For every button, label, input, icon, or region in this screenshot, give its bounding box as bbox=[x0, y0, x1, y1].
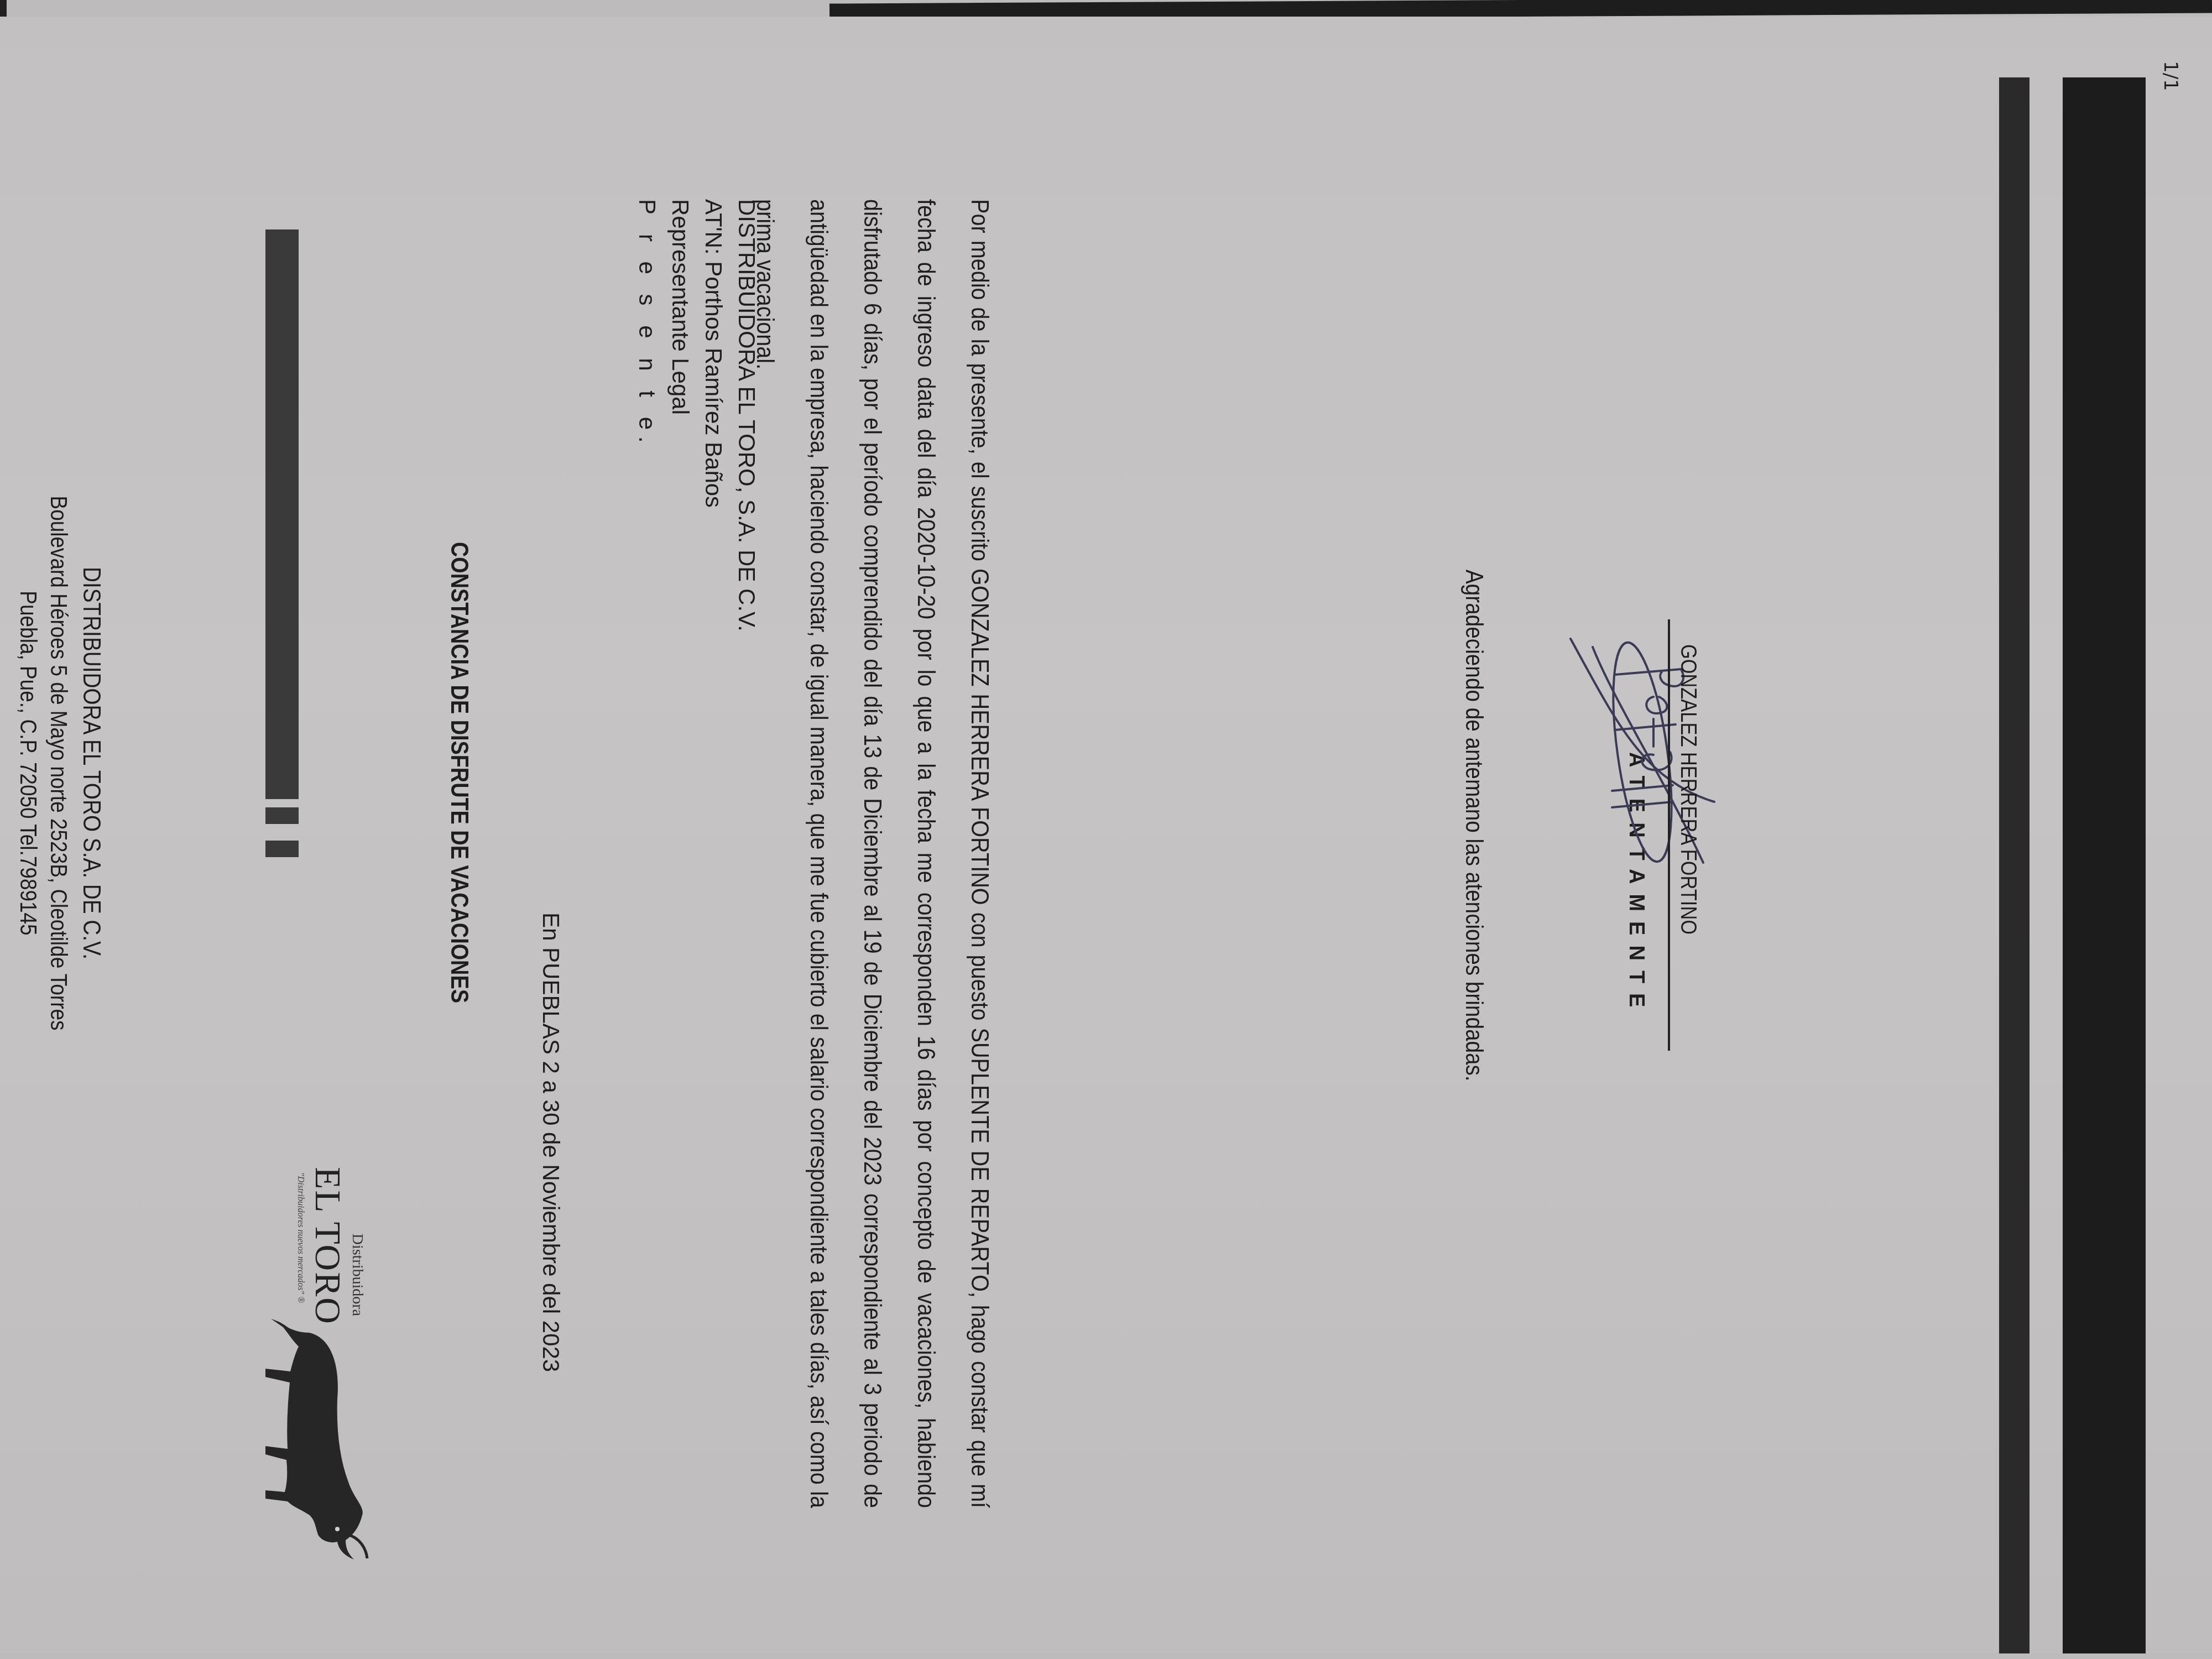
signature-line bbox=[1668, 619, 1670, 1051]
logo-tagline: "Distribuidores nuevos mercados" ® bbox=[295, 1172, 305, 1303]
company-logo: Distribuidora EL TORO "Distribuidores nu… bbox=[205, 1178, 371, 1609]
bull-icon bbox=[260, 1316, 371, 1565]
footer-bar-stripe bbox=[1999, 77, 2030, 1653]
logo-small-text: Distribuidora bbox=[348, 1178, 366, 1316]
handwritten-signature-icon bbox=[1565, 636, 1725, 868]
company-name: DISTRIBUIDORA EL TORO S.A. DE C.V. bbox=[77, 106, 105, 1420]
closing-line: Agradeciendo de antemano las atenciones … bbox=[1460, 570, 1488, 1082]
company-address: Boulevard Héroes 5 de Mayo norte 2523B, … bbox=[45, 106, 72, 1420]
company-city: Puebla, Pue., C.P. 72050 Tel.7989145 bbox=[15, 106, 41, 1420]
recipient-attention: AT'N: Porthos Ramírez Baños bbox=[697, 199, 730, 632]
page-number: 1/1 bbox=[2159, 61, 2182, 91]
recipient-presente: P r e s e n t e. bbox=[630, 199, 664, 632]
footer-bar bbox=[2063, 77, 2146, 1653]
photo-background: DISTRIBUIDORA EL TORO S.A. DE C.V. Boule… bbox=[0, 0, 2212, 1659]
logo-brand-text: EL TORO bbox=[306, 1167, 348, 1325]
place-date: En PUEBLAS 2 a 30 de Noviembre del 2023 bbox=[538, 912, 564, 1372]
body-paragraph: Por medio de la presente, el suscrito GO… bbox=[738, 199, 1006, 1508]
document-title: CONSTANCIA DE DISFRUTE DE VACACIONES bbox=[445, 542, 473, 1003]
header-bar-stripe bbox=[265, 807, 299, 824]
signer-name: GONZALEZ HERRERA FORTINO bbox=[1676, 644, 1700, 935]
letter-page: DISTRIBUIDORA EL TORO S.A. DE C.V. Boule… bbox=[0, 17, 2212, 1653]
header-bar bbox=[265, 229, 299, 799]
header-bar-stripe bbox=[265, 841, 299, 857]
recipient-role: Representante Legal bbox=[664, 199, 697, 632]
